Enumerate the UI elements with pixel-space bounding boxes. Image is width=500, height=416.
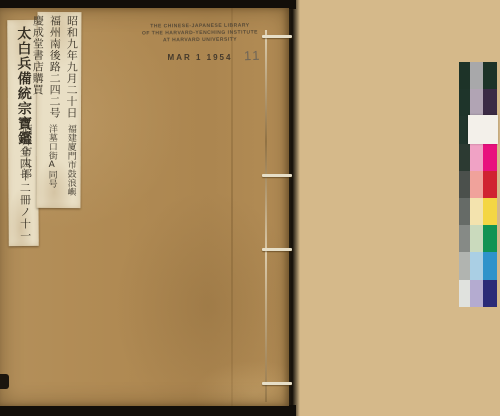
color-row [470, 62, 498, 89]
color-row [470, 116, 498, 143]
purchase-label: 昭和九年九月二十日 福州南後路二四二号 慶成堂書店購買 福建廈門市鼓浪嶼 洋墓口… [36, 12, 81, 208]
date-stamp: MAR 1 1954 [160, 53, 240, 62]
color-patch [470, 198, 483, 225]
owner-address-line2: 洋墓口街A同号 [45, 124, 58, 208]
color-row [470, 252, 498, 279]
gray-step-patch [459, 171, 470, 198]
color-row [470, 280, 498, 307]
color-patch [470, 252, 483, 279]
owner-name-text: 酒井市太郎 [17, 124, 33, 208]
color-patch [470, 225, 483, 252]
color-patch [470, 171, 483, 198]
gray-step-patch [459, 252, 470, 279]
color-calibration-bar [459, 62, 498, 307]
binding-stitch [262, 382, 292, 385]
color-patch [483, 144, 497, 171]
binding-stitch [262, 35, 292, 38]
color-patch [483, 198, 497, 225]
color-row [470, 171, 498, 198]
color-row [470, 144, 498, 171]
color-patch [483, 280, 497, 307]
color-patch [470, 144, 483, 171]
cover-crease-line [231, 8, 233, 406]
digitized-book-photo: 太白兵備統宗寶鑑全四十二冊ノ十一 昭和九年九月二十日 福州南後路二四二号 慶成堂… [0, 0, 500, 416]
gray-step-patch [459, 225, 470, 252]
color-patch [470, 89, 483, 116]
gray-scale-column [459, 62, 470, 307]
binding-thread-vertical [265, 30, 267, 402]
color-patch [470, 280, 483, 307]
color-patch [483, 171, 497, 198]
gray-step-patch [459, 198, 470, 225]
gray-step-patch [459, 89, 470, 116]
color-row [470, 225, 498, 252]
owner-address-line1: 福建廈門市鼓浪嶼 [64, 124, 77, 208]
binding-stitch [262, 174, 292, 177]
color-rows [470, 62, 498, 307]
color-row [470, 89, 498, 116]
book-cover: 太白兵備統宗寶鑑全四十二冊ノ十一 昭和九年九月二十日 福州南後路二四二号 慶成堂… [0, 8, 289, 406]
pencil-volume-number: 11 [244, 48, 262, 64]
white-patch [468, 115, 498, 144]
bottom-shadow-strip [0, 405, 296, 416]
color-row [470, 198, 498, 225]
gray-step-patch [459, 62, 470, 89]
color-patch [483, 89, 497, 116]
library-stamp-line3: AT HARVARD UNIVERSITY [138, 36, 262, 44]
gray-step-patch [459, 144, 470, 171]
color-patch [483, 225, 497, 252]
color-patch [483, 62, 497, 89]
binding-stitch [262, 248, 292, 251]
gray-step-patch [459, 280, 470, 307]
color-patch [483, 252, 497, 279]
corner-mark [0, 374, 9, 389]
color-patch [470, 62, 483, 89]
purchase-label-small-columns: 福建廈門市鼓浪嶼 洋墓口街A同号 酒井市太郎 [16, 124, 77, 208]
library-stamp: THE CHINESE-JAPANESE LIBRARY OF THE HARV… [138, 22, 262, 44]
